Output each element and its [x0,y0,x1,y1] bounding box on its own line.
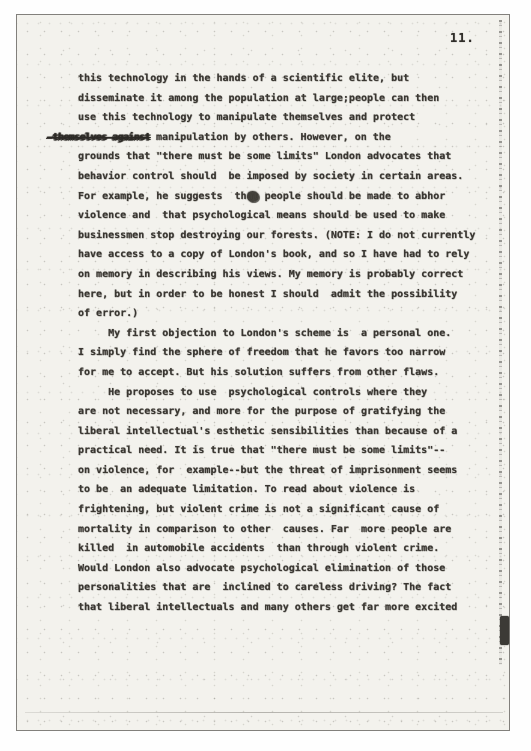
text-segment: businessmen stop destroying our forests.… [78,230,475,241]
text-line: He proposes to use psychological control… [78,383,502,403]
text-segment: killed in automobile accidents than thro… [78,543,439,554]
scan-ink-blob [500,616,509,645]
text-segment: For example, he suggests th [78,191,247,202]
text-line: of error.) [78,304,502,324]
text-segment: here, but in order to be honest I should… [78,289,457,300]
text-segment: violence and that psychological means sh… [78,210,445,221]
ink-blot-text: at [247,191,259,202]
typewritten-text-block: this technology in the hands of a scient… [78,69,502,618]
text-segment: liberal intellectual's esthetic sensibil… [78,426,457,437]
text-line: For example, he suggests that people sho… [78,187,502,207]
text-line: My first objection to London's scheme is… [78,324,502,344]
text-line: this technology in the hands of a scient… [78,69,502,89]
text-segment: on violence, for example--but the threat… [78,465,457,476]
text-segment: people should be made to abhor [259,191,446,202]
text-segment: that liberal intellectuals and many othe… [78,602,457,613]
text-segment: for me to accept. But his solution suffe… [78,367,439,378]
scanned-page: 11. this technology in the hands of a sc… [16,14,510,731]
text-line: to be an adequate limitation. To read ab… [78,480,502,500]
text-segment: behavior control should be imposed by so… [78,171,463,182]
text-line: behavior control should be imposed by so… [78,167,502,187]
text-segment: practical need. It is true that "there m… [78,445,445,456]
text-line: liberal intellectual's esthetic sensibil… [78,422,502,442]
text-line: practical need. It is true that "there m… [78,441,502,461]
paper-crease [25,712,503,713]
text-segment: manipulation by others. However, on the [150,132,391,143]
text-segment: on memory in describing his views. My me… [78,269,463,280]
text-segment: frightening, but violent crime is not a … [78,504,439,515]
text-segment: are not necessary, and more for the purp… [78,406,445,417]
text-line: mortality in comparison to other causes.… [78,520,502,540]
text-line: for me to accept. But his solution suffe… [78,363,502,383]
text-segment: have access to a copy of London's book, … [78,249,469,260]
text-segment: this technology in the hands of a scient… [78,73,409,84]
text-segment: disseminate it among the population at l… [78,93,439,104]
text-line: killed in automobile accidents than thro… [78,539,502,559]
text-line: have access to a copy of London's book, … [78,245,502,265]
text-segment: My first objection to London's scheme is… [78,328,451,339]
text-line: grounds that "there must be some limits"… [78,147,502,167]
text-line: —themselves against manipulation by othe… [47,128,502,148]
scanned-document: 11. this technology in the hands of a sc… [0,0,531,751]
struck-out-text: —themselves against [47,132,150,143]
text-line: personalities that are inclined to carel… [78,578,502,598]
text-segment: of error.) [78,308,138,319]
text-line: Would London also advocate psychological… [78,559,502,579]
text-line: violence and that psychological means sh… [78,206,502,226]
text-line: use this technology to manipulate themse… [78,108,502,128]
text-segment: I simply find the sphere of freedom that… [78,347,445,358]
scan-edge-marks [499,20,502,665]
text-line: businessmen stop destroying our forests.… [78,226,502,246]
text-line: that liberal intellectuals and many othe… [78,598,502,618]
text-segment: use this technology to manipulate themse… [78,112,415,123]
text-line: on memory in describing his views. My me… [78,265,502,285]
text-segment: Would London also advocate psychological… [78,563,445,574]
text-line: disseminate it among the population at l… [78,89,502,109]
text-segment: personalities that are inclined to carel… [78,582,451,593]
text-line: frightening, but violent crime is not a … [78,500,502,520]
text-segment: grounds that "there must be some limits"… [78,151,451,162]
text-segment: to be an adequate limitation. To read ab… [78,484,415,495]
text-line: here, but in order to be honest I should… [78,285,502,305]
page-number: 11. [450,31,475,45]
text-segment: He proposes to use psychological control… [78,387,427,398]
text-line: I simply find the sphere of freedom that… [78,343,502,363]
text-segment: mortality in comparison to other causes.… [78,524,451,535]
text-line: on violence, for example--but the threat… [78,461,502,481]
text-line: are not necessary, and more for the purp… [78,402,502,422]
